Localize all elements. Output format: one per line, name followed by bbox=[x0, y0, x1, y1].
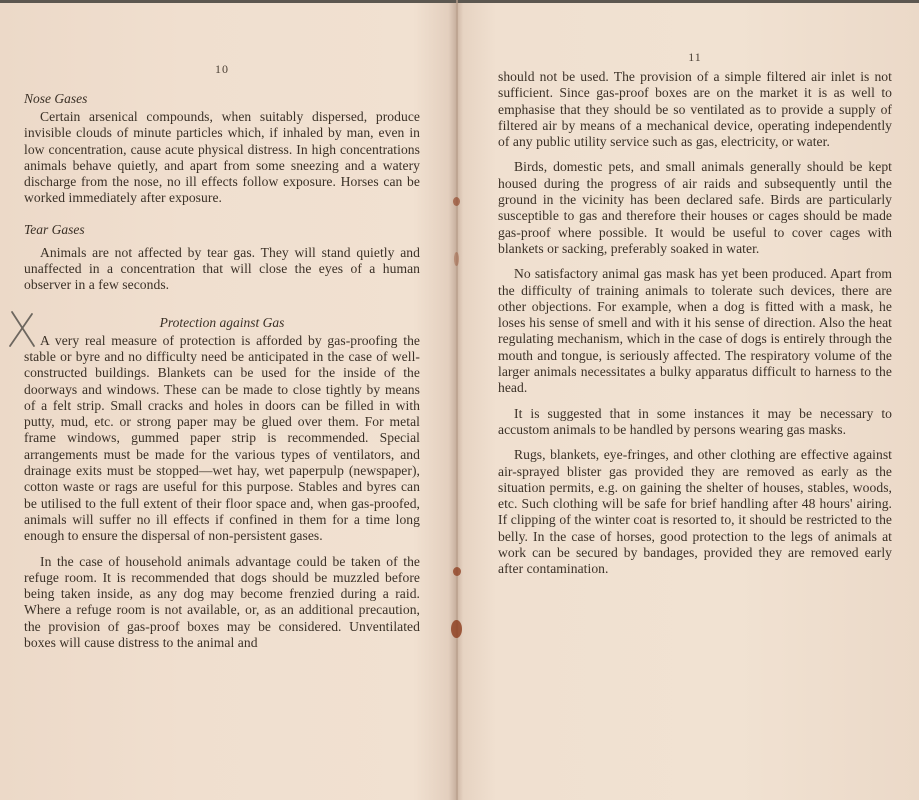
paragraph: Rugs, blankets, eye-fringes, and other c… bbox=[498, 447, 892, 577]
section-heading-protection-against-gas: Protection against Gas bbox=[24, 315, 420, 331]
page-number: 10 bbox=[24, 62, 420, 77]
stain-mark bbox=[453, 567, 461, 576]
paragraph: Birds, domestic pets, and small animals … bbox=[498, 159, 892, 257]
paragraph: Animals are not affected by tear gas. Th… bbox=[24, 245, 420, 294]
section-heading-nose-gases: Nose Gases bbox=[24, 91, 420, 107]
paragraph: It is suggested that in some instances i… bbox=[498, 406, 892, 439]
page-number: 11 bbox=[498, 50, 892, 65]
right-page: 11 should not be used. The provision of … bbox=[498, 0, 892, 800]
left-page: 10 Nose Gases Certain arsenical compound… bbox=[24, 0, 420, 800]
paragraph: Certain arsenical compounds, when suitab… bbox=[24, 109, 420, 207]
stain-mark bbox=[451, 620, 462, 638]
stain-mark bbox=[453, 197, 460, 206]
section-heading-tear-gases: Tear Gases bbox=[24, 222, 420, 238]
paragraph: No satisfactory animal gas mask has yet … bbox=[498, 266, 892, 396]
paragraph: should not be used. The provision of a s… bbox=[498, 69, 892, 150]
paragraph: A very real measure of protection is aff… bbox=[24, 333, 420, 545]
book-spread: 10 Nose Gases Certain arsenical compound… bbox=[0, 0, 919, 800]
paragraph: In the case of household animals advanta… bbox=[24, 554, 420, 652]
book-gutter bbox=[456, 0, 458, 800]
stain-mark bbox=[454, 252, 459, 266]
